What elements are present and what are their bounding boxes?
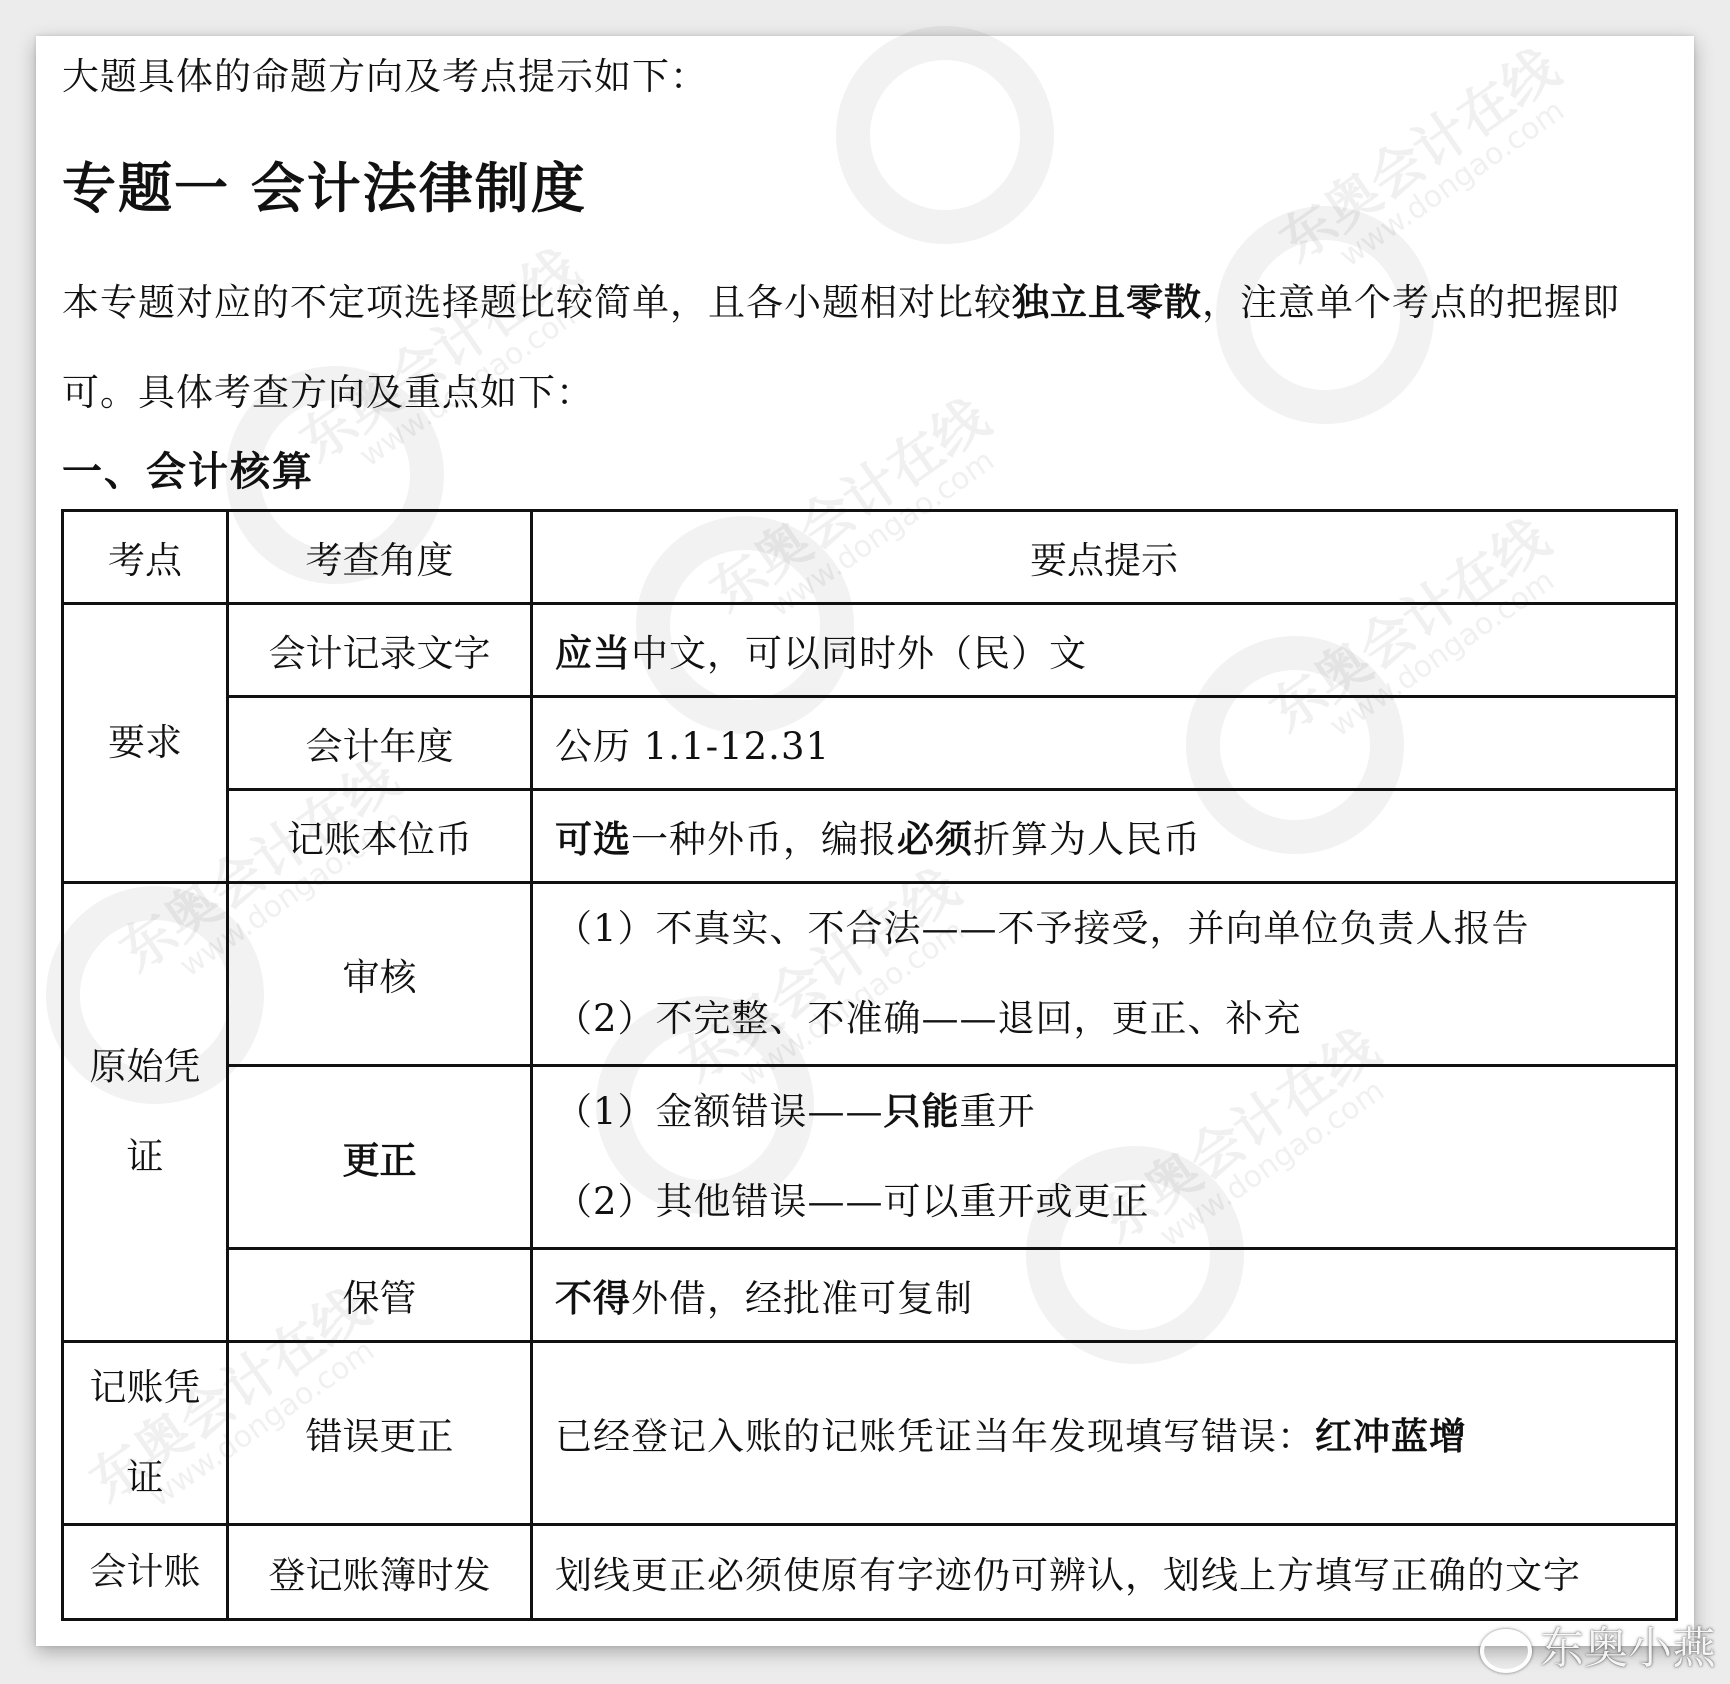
- hint-cell: （1）不真实、不合法——不予接受，并向单位负责人报告（2）不完整、不准确——退回…: [532, 883, 1677, 1066]
- table-row: 记账凭证 错误更正 已经登记入账的记账凭证当年发现填写错误：红冲蓝增: [63, 1342, 1677, 1525]
- hint-cell: （1）金额错误——只能重开（2）其他错误——可以重开或更正: [532, 1066, 1677, 1249]
- angle-cell: 记账本位币: [228, 790, 532, 883]
- emphasis-text: 独立且零散: [1012, 281, 1202, 324]
- header-angle: 考查角度: [228, 511, 532, 604]
- header-hints: 要点提示: [532, 511, 1677, 604]
- hint-cell: 可选一种外币，编报必须折算为人民币: [532, 790, 1677, 883]
- angle-cell: 登记账簿时发: [228, 1525, 532, 1620]
- table-row: 会计账 登记账簿时发 划线更正必须使原有字迹仍可辨认，划线上方填写正确的文字: [63, 1525, 1677, 1620]
- weibo-watermark: 东奥小燕: [1480, 1612, 1716, 1676]
- topic-cell: 原始凭证: [63, 883, 228, 1342]
- hint-cell: 划线更正必须使原有字迹仍可辨认，划线上方填写正确的文字: [532, 1525, 1677, 1620]
- topic-cell: 要求: [63, 604, 228, 883]
- hint-cell: 不得外借，经批准可复制: [532, 1249, 1677, 1342]
- key-points-table: 考点 考查角度 要点提示 要求 会计记录文字 应当中文，可以同时外（民）文 会计…: [61, 509, 1678, 1621]
- topic-cell: 会计账: [63, 1525, 228, 1620]
- document-page: 东奥会计在线www.dongao.com 东奥会计在线www.dongao.co…: [36, 36, 1694, 1646]
- section-title: 一、会计核算: [62, 440, 314, 497]
- table-row: 原始凭证 审核 （1）不真实、不合法——不予接受，并向单位负责人报告（2）不完整…: [63, 883, 1677, 1066]
- header-topic: 考点: [63, 511, 228, 604]
- table-row: 要求 会计记录文字 应当中文，可以同时外（民）文: [63, 604, 1677, 697]
- table-header-row: 考点 考查角度 要点提示: [63, 511, 1677, 604]
- hint-cell: 公历 1.1-12.31: [532, 697, 1677, 790]
- watermark-logo-icon: [836, 26, 1054, 244]
- hint-cell: 应当中文，可以同时外（民）文: [532, 604, 1677, 697]
- topic-paragraph: 本专题对应的不定项选择题比较简单，且各小题相对比较独立且零散，注意单个考点的把握…: [62, 258, 1682, 438]
- angle-cell: 会计年度: [228, 697, 532, 790]
- angle-cell: 审核: [228, 883, 532, 1066]
- table-row: 会计年度 公历 1.1-12.31: [63, 697, 1677, 790]
- angle-cell: 保管: [228, 1249, 532, 1342]
- table-row: 记账本位币 可选一种外币，编报必须折算为人民币: [63, 790, 1677, 883]
- angle-cell: 错误更正: [228, 1342, 532, 1525]
- weibo-icon: [1480, 1629, 1532, 1673]
- table-row: 保管 不得外借，经批准可复制: [63, 1249, 1677, 1342]
- topic-cell: 记账凭证: [63, 1342, 228, 1525]
- intro-text: 大题具体的命题方向及考点提示如下：: [62, 46, 708, 100]
- topic-title: 专题一 会计法律制度: [62, 146, 587, 223]
- angle-cell: 会计记录文字: [228, 604, 532, 697]
- hint-cell: 已经登记入账的记账凭证当年发现填写错误：红冲蓝增: [532, 1342, 1677, 1525]
- table-row: 更正 （1）金额错误——只能重开（2）其他错误——可以重开或更正: [63, 1066, 1677, 1249]
- angle-cell: 更正: [228, 1066, 532, 1249]
